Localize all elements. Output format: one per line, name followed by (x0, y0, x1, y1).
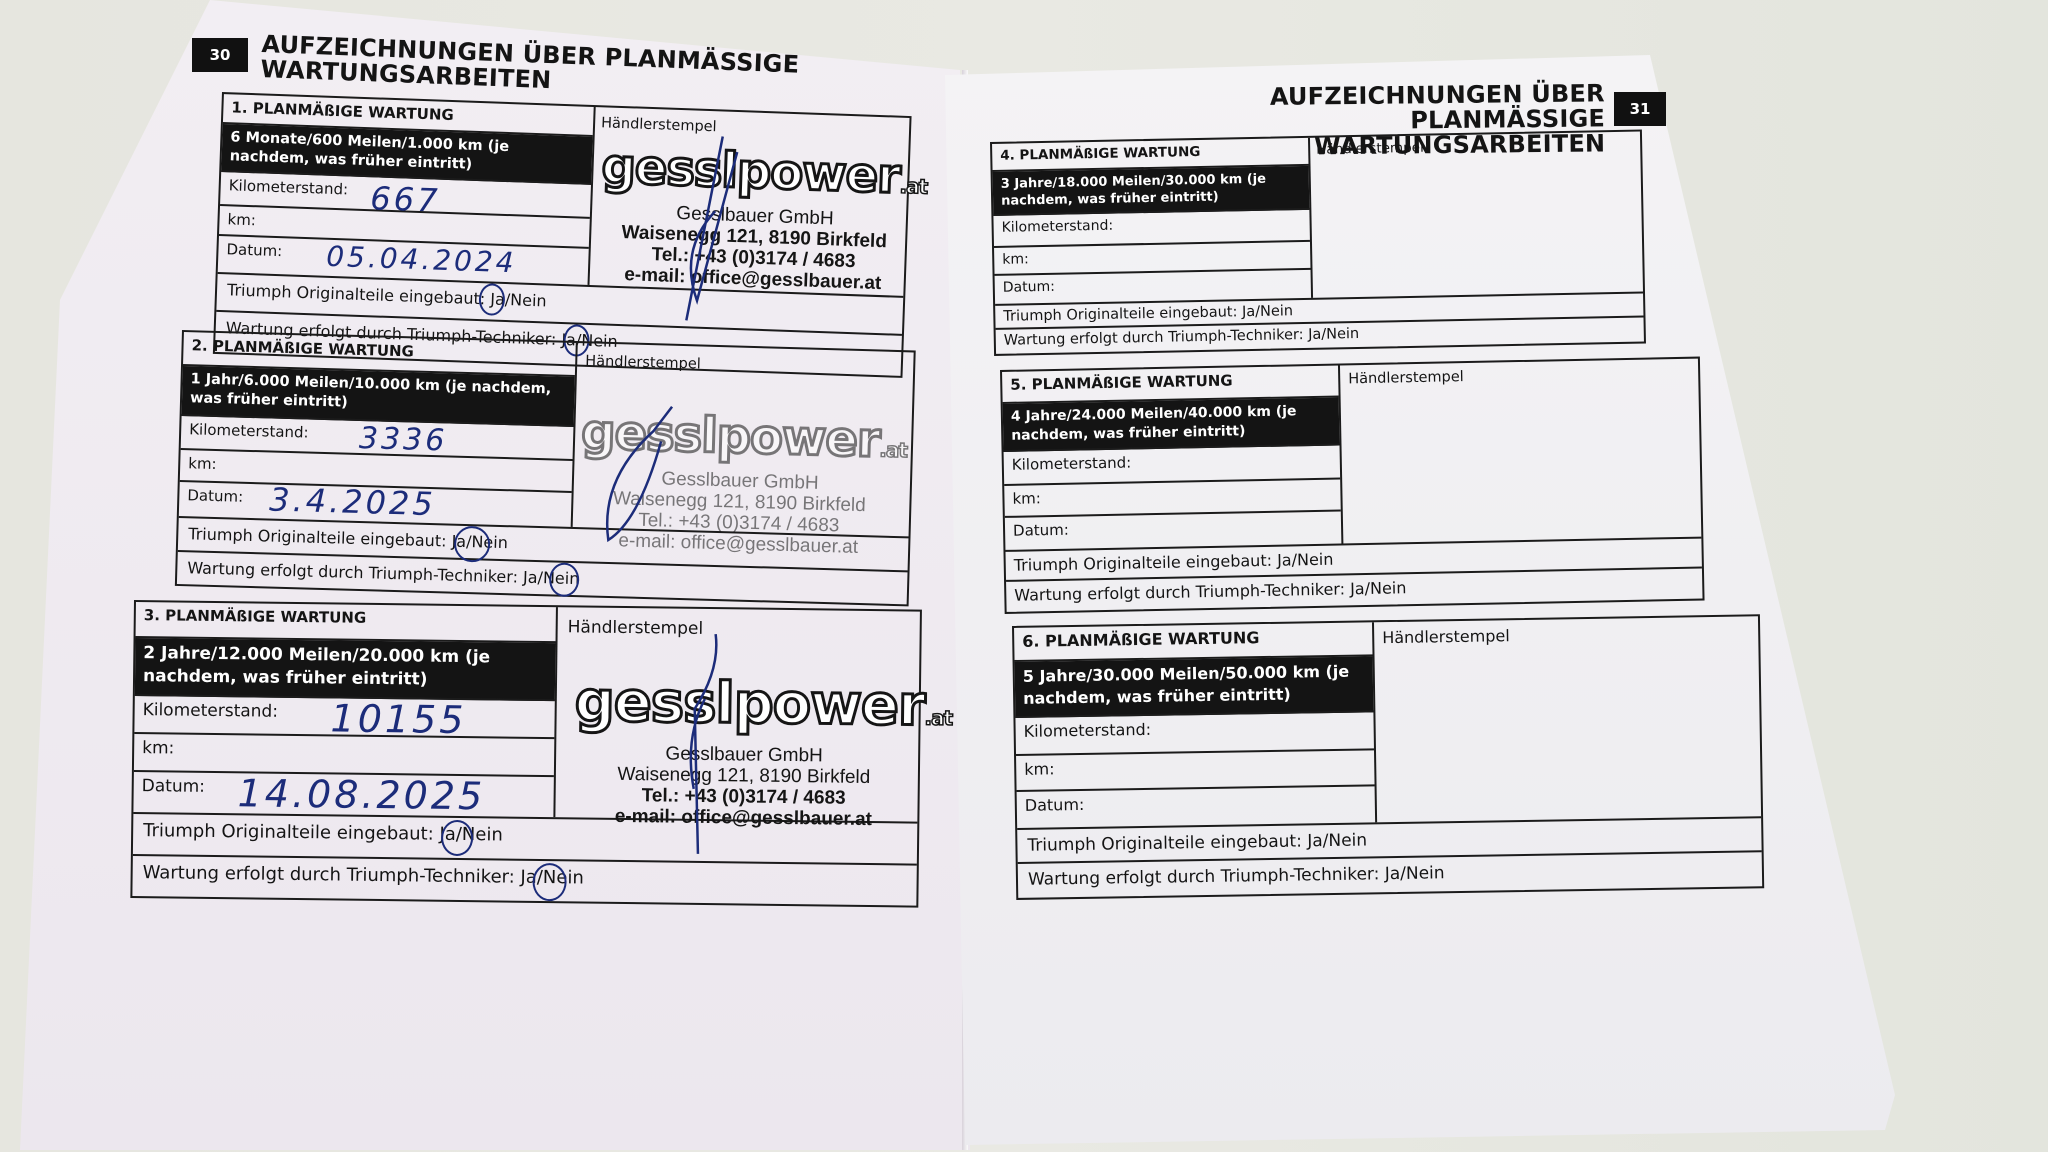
handwritten-odometer: 3336 (359, 421, 448, 458)
service-interval: 5 Jahre/30.000 Meilen/50.000 km (je nach… (1015, 656, 1374, 718)
service-form-5: 5. PLANMÄßIGE WARTUNG 4 Jahre/24.000 Mei… (1000, 357, 1705, 614)
service-interval: 2 Jahre/12.000 Meilen/20.000 km (je nach… (135, 638, 556, 701)
km-field[interactable]: km: (1016, 750, 1375, 792)
handwritten-date: 14.08.2025 (237, 771, 485, 818)
page-number-30: 30 (192, 38, 248, 72)
stamp-label: Händlerstempel (1382, 626, 1510, 647)
stamp-label: Händlerstempel (1348, 369, 1464, 387)
service-form-3: 3. PLANMÄßIGE WARTUNG 2 Jahre/12.000 Mei… (130, 600, 922, 908)
stamp-label: Händlerstempel (1316, 140, 1424, 158)
handwritten-odometer: 667 (370, 179, 441, 219)
service-interval: 4 Jahre/24.000 Meilen/40.000 km (je nach… (1003, 398, 1340, 452)
dealer-stamp: gesslpower.at Gesslbauer GmbH Waisenegg … (598, 141, 913, 295)
signature-icon (588, 399, 722, 553)
page-number-31: 31 (1614, 92, 1666, 126)
signature-icon (656, 129, 753, 332)
handwritten-odometer: 10155 (330, 696, 466, 742)
handwritten-date: 05.04.2024 (326, 240, 517, 280)
odometer-field[interactable]: Kilometerstand: (1015, 712, 1374, 756)
service-form-4: 4. PLANMÄßIGE WARTUNG 3 Jahre/18.000 Mei… (990, 129, 1646, 355)
technician-field[interactable]: Wartung erfolgt durch Triumph-Techniker:… (132, 854, 916, 906)
title-line-1: AUFZEICHNUNGEN ÜBER PLANMÄSSIGE (1100, 81, 1605, 136)
signature-icon (663, 628, 746, 859)
dealer-logo: gesslpower.at (600, 141, 912, 211)
service-interval: 3 Jahre/18.000 Meilen/30.000 km (je nach… (993, 166, 1310, 216)
handwritten-date: 3.4.2025 (269, 481, 436, 524)
service-heading: 6. PLANMÄßIGE WARTUNG (1014, 622, 1372, 662)
service-form-6: 6. PLANMÄßIGE WARTUNG 5 Jahre/30.000 Mei… (1012, 614, 1764, 900)
date-field[interactable]: Datum: (1017, 786, 1376, 828)
service-heading: 3. PLANMÄßIGE WARTUNG (136, 602, 556, 643)
service-form-2: 2. PLANMÄßIGE WARTUNG 1 Jahr/6.000 Meile… (175, 330, 916, 606)
stamp-label: Händlerstempel (585, 353, 701, 372)
